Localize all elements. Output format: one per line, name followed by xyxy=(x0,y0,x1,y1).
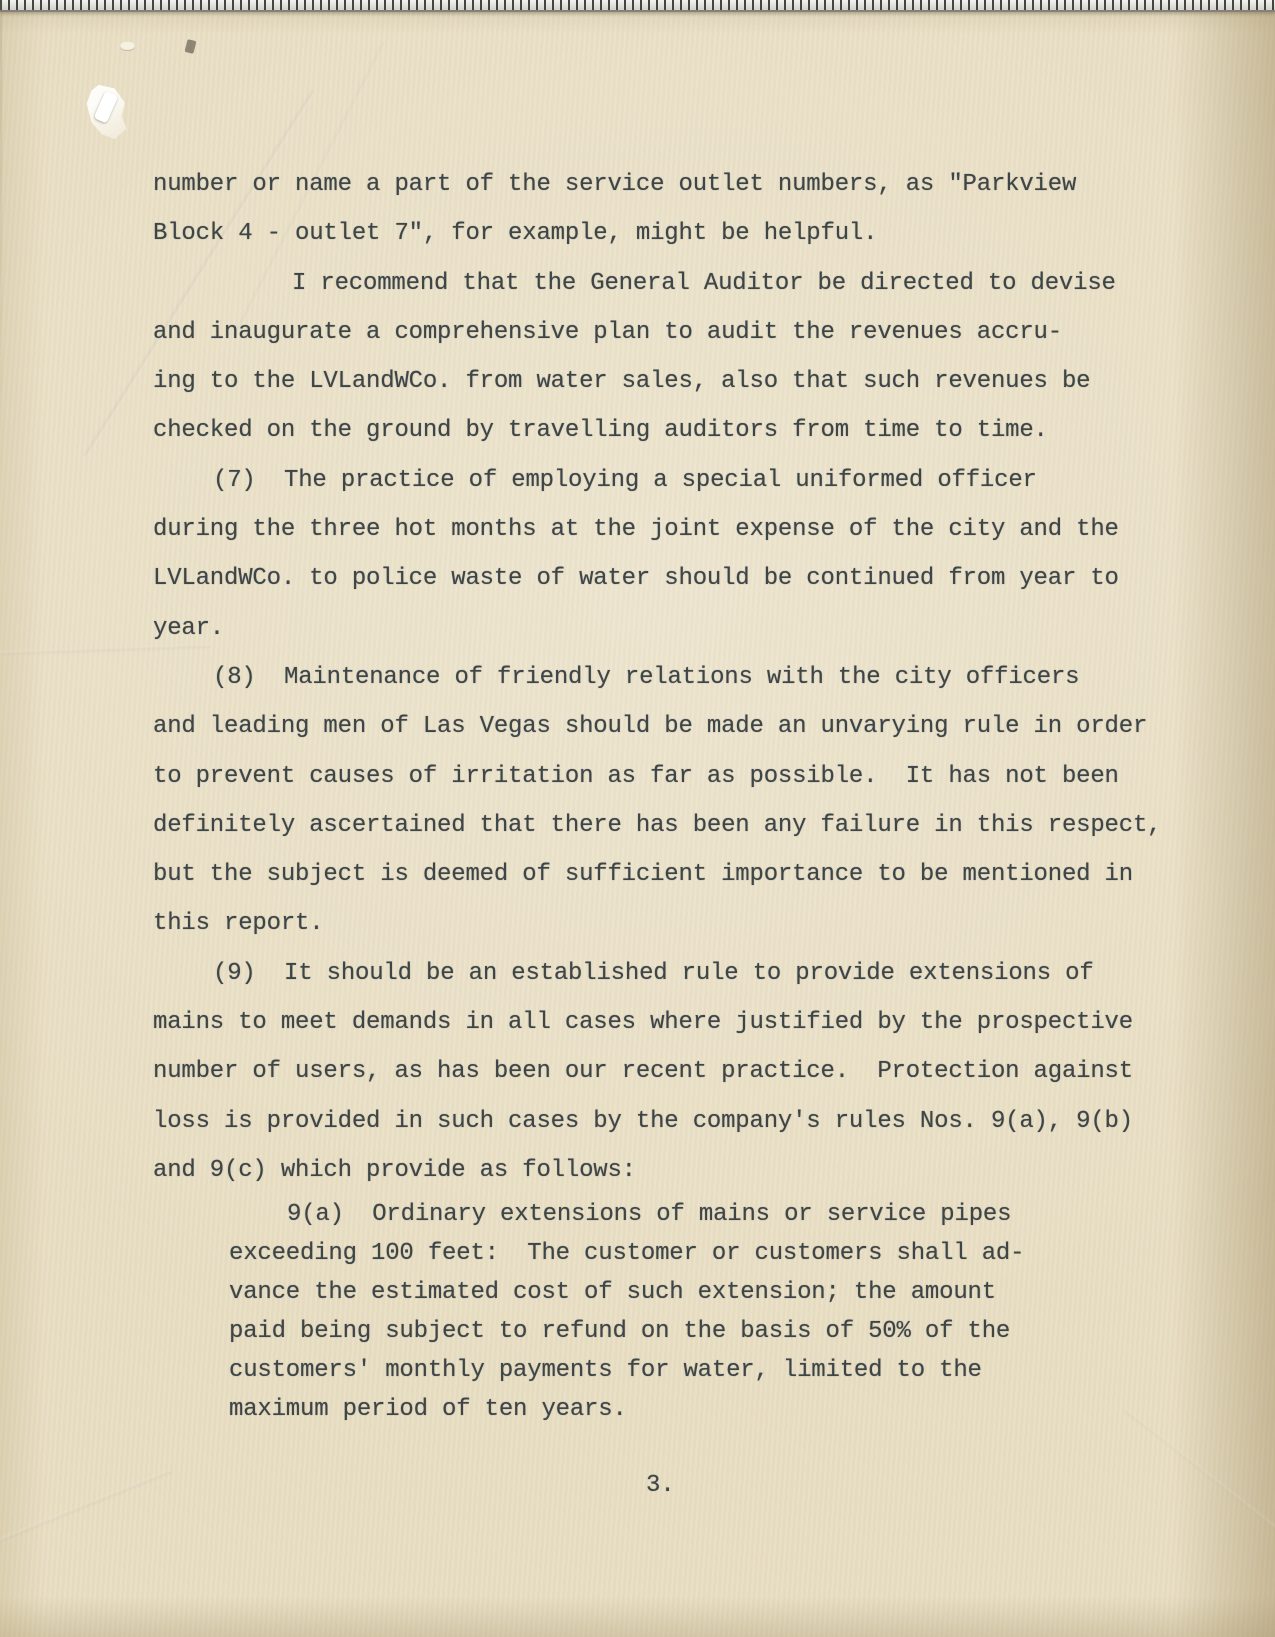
typewritten-line: checked on the ground by travelling audi… xyxy=(153,406,1213,455)
ruler-binding-edge xyxy=(0,0,1275,12)
typewritten-line: vance the estimated cost of such extensi… xyxy=(229,1273,1213,1312)
typewritten-line: number or name a part of the service out… xyxy=(153,160,1213,209)
typewritten-line: paid being subject to refund on the basi… xyxy=(229,1312,1213,1351)
typewritten-line: (8) Maintenance of friendly relations wi… xyxy=(213,653,1213,702)
typewritten-line: customers' monthly payments for water, l… xyxy=(229,1351,1213,1390)
typewritten-line: definitely ascertained that there has be… xyxy=(153,801,1213,850)
paper-crease xyxy=(1123,1408,1275,1595)
typewritten-line: this report. xyxy=(153,899,1213,948)
typewritten-line: and inaugurate a comprehensive plan to a… xyxy=(153,308,1213,357)
main-paragraphs: number or name a part of the service out… xyxy=(153,160,1213,1195)
ink-mark xyxy=(185,39,197,54)
typewritten-line: but the subject is deemed of sufficient … xyxy=(153,850,1213,899)
typewritten-line: number of users, as has been our recent … xyxy=(153,1047,1213,1096)
typewritten-line: ing to the LVLandWCo. from water sales, … xyxy=(153,357,1213,406)
page-number: 3. xyxy=(646,1472,675,1499)
typewritten-line: LVLandWCo. to police waste of water shou… xyxy=(153,554,1213,603)
typewritten-body: number or name a part of the service out… xyxy=(153,160,1213,1429)
typewritten-line: 9(a) Ordinary extensions of mains or ser… xyxy=(287,1195,1213,1234)
typewritten-line: loss is provided in such cases by the co… xyxy=(153,1097,1213,1146)
typewritten-line: mains to meet demands in all cases where… xyxy=(153,998,1213,1047)
typewritten-line: maximum period of ten years. xyxy=(229,1390,1213,1429)
typewritten-line: and leading men of Las Vegas should be m… xyxy=(153,702,1213,751)
paper-chip xyxy=(120,42,135,51)
typewritten-line: year. xyxy=(153,604,1213,653)
block-quote-rule-9a: 9(a) Ordinary extensions of mains or ser… xyxy=(229,1195,1213,1429)
typewritten-line: Block 4 - outlet 7", for example, might … xyxy=(153,209,1213,258)
typewritten-line: to prevent causes of irritation as far a… xyxy=(153,752,1213,801)
typewritten-line: (9) It should be an established rule to … xyxy=(213,949,1213,998)
paper-crease xyxy=(0,0,2,470)
paper-crease xyxy=(0,1470,172,1544)
typewritten-line: exceeding 100 feet: The customer or cust… xyxy=(229,1234,1213,1273)
typewritten-line: (7) The practice of employing a special … xyxy=(213,456,1213,505)
typewritten-line: and 9(c) which provide as follows: xyxy=(153,1146,1213,1195)
typewritten-line: during the three hot months at the joint… xyxy=(153,505,1213,554)
scanned-document-page: number or name a part of the service out… xyxy=(0,0,1275,1637)
typewritten-line: I recommend that the General Auditor be … xyxy=(292,259,1213,308)
